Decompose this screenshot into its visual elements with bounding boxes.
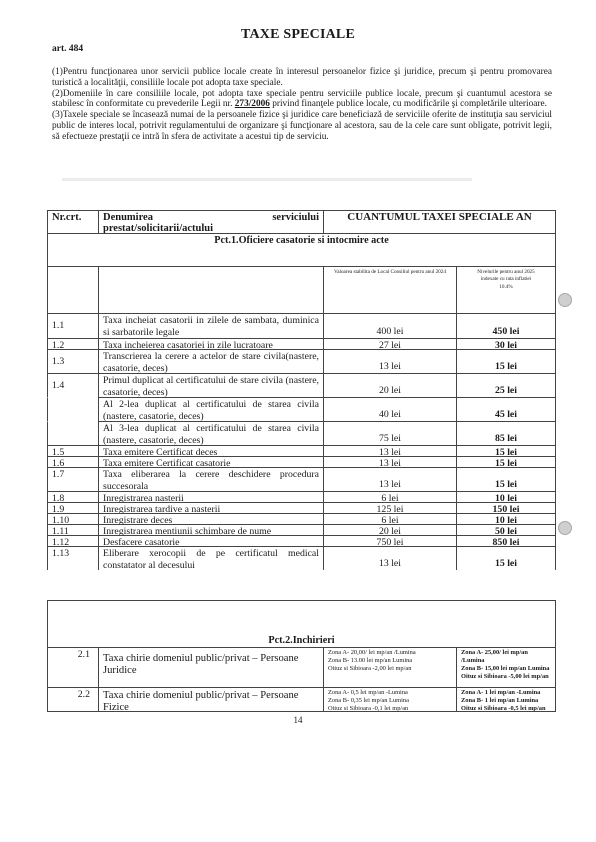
value-2025: 150 lei bbox=[456, 503, 556, 513]
row-number-text: 1.1 bbox=[52, 320, 64, 332]
value-2025: 30 lei bbox=[456, 339, 556, 349]
value-2024: Zona A- 20,00/ lei mp/an /LuminaZona B- … bbox=[323, 648, 456, 687]
value-2024: 13 lei bbox=[323, 446, 456, 456]
zone-line: Zona A- 25,00/ lei mp/an /Lumina bbox=[461, 649, 551, 665]
header-name-b: serviciului bbox=[272, 212, 319, 223]
section-1-row: Pct.1.Oficiere casatorie si intocmire ac… bbox=[47, 233, 556, 266]
value-2024-text: 75 lei bbox=[328, 433, 452, 445]
header-name: Denumirea serviciului prestat/solicitari… bbox=[98, 211, 323, 233]
value-2024: Zona A- 0,5 lei mp/an -LuminaZona B- 0,3… bbox=[323, 688, 456, 711]
header-amount: CUANTUMUL TAXEI SPECIALE AN bbox=[323, 211, 556, 233]
row-number: 1.13 bbox=[47, 547, 98, 570]
value-2025-text: 25 lei bbox=[461, 385, 551, 397]
zone-line: Oituz si Sibioara -2,00 lei mp/an bbox=[328, 665, 452, 673]
value-2024: 13 lei bbox=[323, 350, 456, 373]
service-name: Desfacere casatorie bbox=[98, 536, 323, 546]
value-2024-text: 13 lei bbox=[328, 558, 452, 570]
value-2025: Zona A- 1 lei mp/an -LuminaZona B- 1 lei… bbox=[456, 688, 556, 711]
value-2024: 20 lei bbox=[323, 525, 456, 535]
value-2025: 50 lei bbox=[456, 525, 556, 535]
row-number: 1.2 bbox=[47, 339, 98, 349]
col-2025-header: Nivelurile pentru anul 2025 indexate cu … bbox=[456, 267, 556, 313]
row-number: 2.2 bbox=[47, 688, 98, 711]
value-2025: 15 lei bbox=[456, 457, 556, 467]
table-row: 1.2Taxa incheierea casatoriei in zile lu… bbox=[47, 338, 556, 349]
subheader-empty-1 bbox=[47, 267, 98, 313]
service-name: Taxa emitere Certificat deces bbox=[98, 446, 323, 456]
paragraph-2-tail: privind finanţele publice locale, cu mod… bbox=[270, 99, 547, 109]
value-2024-text: 40 lei bbox=[328, 409, 452, 421]
table-row: 2.2Taxa chirie domeniul public/privat – … bbox=[47, 687, 556, 711]
value-2025: 15 lei bbox=[456, 547, 556, 570]
table-row: Al 3-lea duplicat al certificatului de s… bbox=[47, 421, 556, 445]
table-bottom-border bbox=[47, 711, 556, 712]
row-number-text: 1.3 bbox=[52, 356, 64, 368]
punch-hole-mark bbox=[558, 293, 572, 307]
table-row: 1.8Inregistrarea nasterii6 lei10 lei bbox=[47, 491, 556, 502]
value-2025: 15 lei bbox=[456, 468, 556, 491]
table-row: 1.13Eliberare xerocopii de pe certificat… bbox=[47, 546, 556, 570]
subheader-empty-2 bbox=[98, 267, 323, 313]
value-2024: 125 lei bbox=[323, 503, 456, 513]
header-nr: Nr.crt. bbox=[47, 211, 98, 233]
zone-line: Zona A- 1 lei mp/an -Lumina bbox=[461, 689, 551, 697]
service-name: Taxa incheiat casatorii in zilele de sam… bbox=[98, 314, 323, 338]
service-name: Eliberare xerocopii de pe certificatul m… bbox=[98, 547, 323, 570]
value-2024: 6 lei bbox=[323, 514, 456, 524]
service-name: Primul duplicat al certificatului de sta… bbox=[98, 374, 323, 397]
row-number: 1.11 bbox=[47, 525, 98, 535]
row-number: 2.1 bbox=[47, 648, 98, 687]
value-2025-text: 45 lei bbox=[461, 409, 551, 421]
header-name-a: Denumirea bbox=[103, 212, 153, 223]
table-row: 1.4Primul duplicat al certificatului de … bbox=[47, 373, 556, 397]
value-2024: 750 lei bbox=[323, 536, 456, 546]
value-2025-text: 15 lei bbox=[461, 361, 551, 373]
col-2024-header: Valoarea stabilita de Local Consiliul pe… bbox=[323, 267, 456, 313]
value-2025: 10 lei bbox=[456, 514, 556, 524]
section-2-title: Pct.2.Inchirieri bbox=[47, 601, 556, 647]
value-2024: 75 lei bbox=[323, 422, 456, 445]
row-number-text: 1.7 bbox=[52, 469, 64, 481]
page-title: TAXE SPECIALE bbox=[0, 27, 596, 43]
value-2024: 20 lei bbox=[323, 374, 456, 397]
service-name: Taxa eliberarea la cerere deschidere pro… bbox=[98, 468, 323, 491]
value-2024: 13 lei bbox=[323, 468, 456, 491]
value-2025: 10 lei bbox=[456, 492, 556, 502]
value-2025: 15 lei bbox=[456, 350, 556, 373]
row-number: 1.7 bbox=[47, 468, 98, 491]
scan-smudge bbox=[62, 178, 472, 181]
table-row: 1.10Inregistrare deces6 lei10 lei bbox=[47, 513, 556, 524]
value-2025: 45 lei bbox=[456, 398, 556, 421]
service-name: Al 3-lea duplicat al certificatului de s… bbox=[98, 422, 323, 445]
table-row: Al 2-lea duplicat al certificatului de s… bbox=[47, 397, 556, 421]
value-2024: 6 lei bbox=[323, 492, 456, 502]
value-2024: 13 lei bbox=[323, 547, 456, 570]
service-name: Taxa incheierea casatoriei in zile lucra… bbox=[98, 339, 323, 349]
row-number: 1.5 bbox=[47, 446, 98, 456]
row-number-text: 1.4 bbox=[52, 380, 64, 392]
zone-line: Zona B- 13.00 lei mp/an Lumina bbox=[328, 657, 452, 665]
intro-text: (1)Pentru funcţionarea unor servicii pub… bbox=[52, 67, 552, 143]
table-row: 1.9Inregistrarea tardive a nasterii125 l… bbox=[47, 502, 556, 513]
row-number: 1.3 bbox=[47, 350, 98, 373]
table-row: 2.1Taxa chirie domeniul public/privat – … bbox=[47, 647, 556, 687]
value-2025-text: 450 lei bbox=[461, 326, 551, 338]
service-name: Taxa emitere Certificat casatorie bbox=[98, 457, 323, 467]
page-number: 14 bbox=[0, 715, 596, 725]
table-header-row: Nr.crt. Denumirea serviciului prestat/so… bbox=[47, 210, 556, 233]
section-2-row: Pct.2.Inchirieri bbox=[47, 600, 556, 647]
service-name: Transcrierea la cerere a actelor de star… bbox=[98, 350, 323, 373]
table-row: 1.7Taxa eliberarea la cerere deschidere … bbox=[47, 467, 556, 491]
section-2-title-text: Pct.2.Inchirieri bbox=[52, 635, 551, 647]
paragraph-3: (3)Taxele speciale se încasează numai de… bbox=[52, 110, 552, 142]
value-2024-text: 20 lei bbox=[328, 385, 452, 397]
zone-line: Oituz si Sibioara -5,00 lei mp/an bbox=[461, 673, 551, 681]
table-row: 1.12Desfacere casatorie750 lei850 lei bbox=[47, 535, 556, 546]
punch-hole-mark bbox=[558, 521, 572, 535]
value-2025-text: 15 lei bbox=[461, 479, 551, 491]
value-2025: 850 lei bbox=[456, 536, 556, 546]
service-name: Inregistrarea tardive a nasterii bbox=[98, 503, 323, 513]
table-row: 1.6Taxa emitere Certificat casatorie13 l… bbox=[47, 456, 556, 467]
row-number: 1.1 bbox=[47, 314, 98, 338]
table-row: 1.11Inregistrarea mentiunii schimbare de… bbox=[47, 524, 556, 535]
paragraph-2: (2)Domeniile în care consiliile locale, … bbox=[52, 89, 552, 111]
zone-line: Zona A- 0,5 lei mp/an -Lumina bbox=[328, 689, 452, 697]
row-number: 1.4 bbox=[47, 374, 98, 397]
section-1-title: Pct.1.Oficiere casatorie si intocmire ac… bbox=[47, 234, 556, 266]
value-2024: 13 lei bbox=[323, 457, 456, 467]
row-number bbox=[47, 421, 98, 445]
row-number: 1.6 bbox=[47, 457, 98, 467]
service-name: Inregistrarea mentiunii schimbare de num… bbox=[98, 525, 323, 535]
zone-line: Zona B- 0,35 lei mp/an Lumina bbox=[328, 697, 452, 705]
table-row: 1.1Taxa incheiat casatorii in zilele de … bbox=[47, 313, 556, 338]
zone-line: Zona B- 15,00 lei mp/an Lumina bbox=[461, 665, 551, 673]
row-number: 1.10 bbox=[47, 514, 98, 524]
row-number: 1.12 bbox=[47, 536, 98, 546]
service-name: Inregistrare deces bbox=[98, 514, 323, 524]
value-2024: 400 lei bbox=[323, 314, 456, 338]
value-2025-text: 15 lei bbox=[461, 558, 551, 570]
value-2024-text: 400 lei bbox=[328, 326, 452, 338]
table-row: 1.3Transcrierea la cerere a actelor de s… bbox=[47, 349, 556, 373]
value-2025: 85 lei bbox=[456, 422, 556, 445]
zone-line: Zona B- 1 lei mp/an Lumina bbox=[461, 697, 551, 705]
service-name: Taxa chirie domeniul public/privat – Per… bbox=[98, 648, 323, 687]
article-number: art. 484 bbox=[52, 44, 83, 54]
row-number bbox=[47, 397, 98, 421]
table-row: 1.5Taxa emitere Certificat deces13 lei15… bbox=[47, 445, 556, 456]
law-reference: 273/2006 bbox=[235, 99, 270, 109]
value-2024: 40 lei bbox=[323, 398, 456, 421]
service-name: Taxa chirie domeniul public/privat – Per… bbox=[98, 688, 323, 711]
value-2025: 450 lei bbox=[456, 314, 556, 338]
row-number-text: 1.13 bbox=[52, 548, 69, 560]
value-2025: 15 lei bbox=[456, 446, 556, 456]
value-2024-text: 13 lei bbox=[328, 361, 452, 373]
value-2025: 25 lei bbox=[456, 374, 556, 397]
value-2025: Zona A- 25,00/ lei mp/an /LuminaZona B- … bbox=[456, 648, 556, 687]
service-name: Al 2-lea duplicat al certificatului de s… bbox=[98, 398, 323, 421]
subheader-row: Valoarea stabilita de Local Consiliul pe… bbox=[47, 266, 556, 313]
zone-line: Zona A- 20,00/ lei mp/an /Lumina bbox=[328, 649, 452, 657]
value-2024: 27 lei bbox=[323, 339, 456, 349]
value-2025-text: 85 lei bbox=[461, 433, 551, 445]
row-number: 1.8 bbox=[47, 492, 98, 502]
service-name: Inregistrarea nasterii bbox=[98, 492, 323, 502]
row-number: 1.9 bbox=[47, 503, 98, 513]
paragraph-1: (1)Pentru funcţionarea unor servicii pub… bbox=[52, 67, 552, 89]
value-2024-text: 13 lei bbox=[328, 479, 452, 491]
